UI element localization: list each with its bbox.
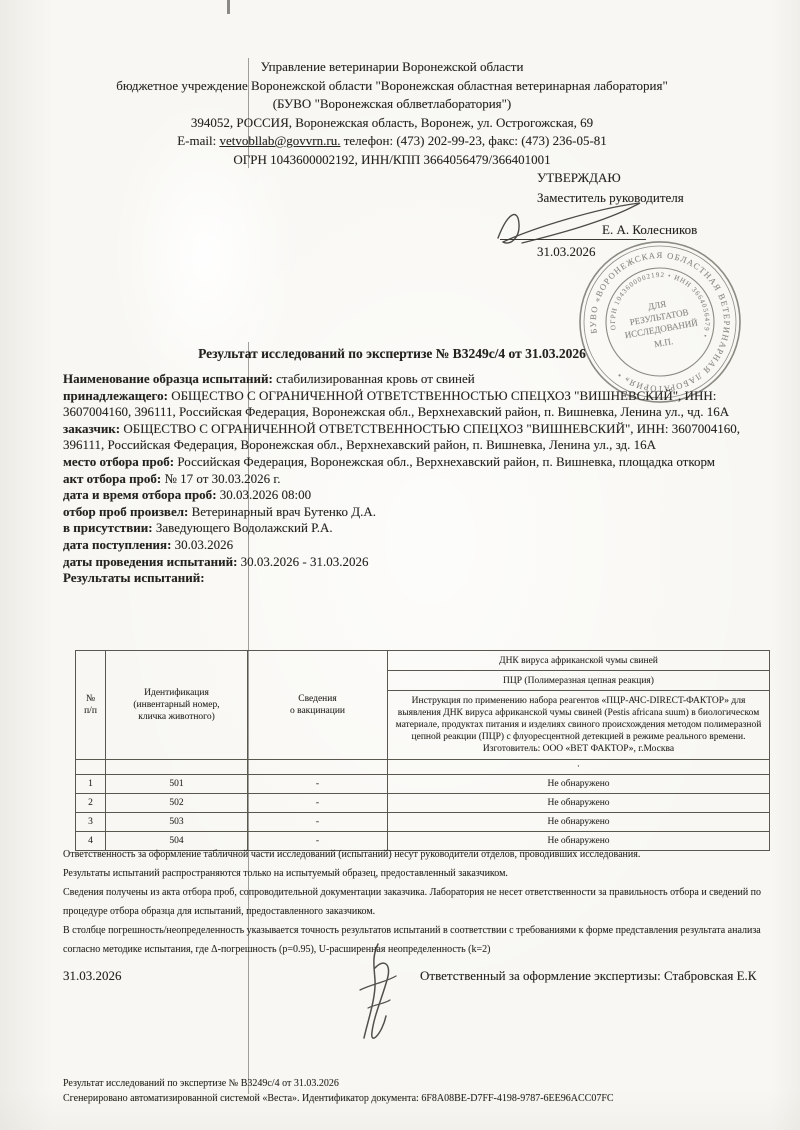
row-num: 1: [76, 775, 106, 794]
col-header-instruction: Инструкция по применению набора реагенто…: [388, 691, 770, 760]
detail-customer: заказчикОБЩЕСТВО С ОГРАНИЧЕННОЙ ОТВЕТСТВ…: [63, 421, 775, 454]
row-vaccination: -: [248, 775, 388, 794]
spacer-row: ·: [76, 760, 770, 775]
row-result: Не обнаружено: [388, 794, 770, 813]
footnote: Результаты испытаний распространяются то…: [63, 864, 798, 883]
scanned-report-page: Управление ветеринарии Воронежской облас…: [0, 0, 800, 1130]
org-ogrn-inn: ОГРН 1043600002192, ИНН/КПП 3664056479/3…: [40, 151, 744, 170]
row-id: 503: [106, 813, 248, 832]
table-row: 1 501 - Не обнаружено: [76, 775, 770, 794]
results-heading: Результаты испытаний: [63, 570, 775, 587]
row-result: Не обнаружено: [388, 775, 770, 794]
detail-owner: принадлежащегоОБЩЕСТВО С ОГРАНИЧЕННОЙ ОТ…: [63, 388, 775, 421]
approve-label: УТВЕРЖДАЮ: [537, 168, 797, 188]
org-address: 394052, РОССИЯ, Воронежская область, Вор…: [40, 114, 744, 133]
signoff-responsible: Ответственный за оформление экспертизы: …: [420, 968, 800, 984]
col-header-analyte: ДНК вируса африканской чумы свиней: [388, 651, 770, 671]
row-result: Не обнаружено: [388, 813, 770, 832]
sample-details: Наименование образца испытанийстабилизир…: [63, 371, 775, 587]
row-num: 3: [76, 813, 106, 832]
footer-expertise-ref: Результат исследований по экспертизе № В…: [63, 1076, 800, 1091]
footnote: В столбце погрешность/неопределенность у…: [63, 921, 798, 959]
detail-sample-name: Наименование образца испытанийстабилизир…: [63, 371, 775, 388]
row-id: 501: [106, 775, 248, 794]
col-header-method: ПЦР (Полимеразная цепная реакция): [388, 671, 770, 691]
detail-sampled-by: отбор проб произвелВетеринарный врач Бут…: [63, 504, 775, 521]
report-title: Результат исследований по экспертизе № В…: [40, 346, 744, 362]
org-name-line2: бюджетное учреждение Воронежской области…: [40, 77, 744, 96]
email-link: vetvobllab@govvrn.ru.: [219, 133, 340, 148]
col-header-identification: Идентификация (инвентарный номер, кличка…: [106, 651, 248, 760]
responsible-signature: [338, 938, 412, 1050]
table-row: 2 502 - Не обнаружено: [76, 794, 770, 813]
detail-sampling-place: место отбора пробРоссийская Федерация, В…: [63, 454, 775, 471]
phone-fax: телефон: (473) 202-99-23, факс: (473) 23…: [344, 133, 607, 148]
col-header-num: № п/п: [76, 651, 106, 760]
signoff-date: 31.03.2026: [63, 968, 122, 984]
org-header: Управление ветеринарии Воронежской облас…: [40, 58, 744, 169]
detail-sampling-act: акт отбора проб№ 17 от 30.03.2026 г.: [63, 471, 775, 488]
table-row: 3 503 - Не обнаружено: [76, 813, 770, 832]
org-name-line3: (БУВО "Воронежская облветлаборатория"): [40, 95, 744, 114]
col-header-vaccination: Сведения о вакцинации: [248, 651, 388, 760]
org-name-line1: Управление ветеринарии Воронежской облас…: [40, 58, 744, 77]
footnote: Сведения получены из акта отбора проб, с…: [63, 883, 798, 921]
footer-generated-by: Сгенерировано автоматизированной системо…: [63, 1091, 800, 1106]
row-id: 502: [106, 794, 248, 813]
stamp-center-line1: ДЛЯ: [647, 299, 667, 312]
detail-received-date: дата поступления30.03.2026: [63, 537, 775, 554]
footnote: Ответственность за оформление табличной …: [63, 845, 798, 864]
email-label: E-mail:: [177, 133, 216, 148]
row-num: 2: [76, 794, 106, 813]
detail-testing-dates: даты проведения испытаний30.03.2026 - 31…: [63, 554, 775, 571]
footnotes: Ответственность за оформление табличной …: [63, 845, 798, 959]
scan-mark: [227, 0, 230, 14]
results-table: № п/п Идентификация (инвентарный номер, …: [75, 650, 770, 851]
org-contacts: E-mail: vetvobllab@govvrn.ru. телефон: (…: [40, 132, 744, 151]
detail-sampling-datetime: дата и время отбора проб30.03.2026 08:00: [63, 487, 775, 504]
row-vaccination: -: [248, 813, 388, 832]
doc-footer: Результат исследований по экспертизе № В…: [63, 1076, 800, 1106]
spacer-dot: ·: [388, 760, 770, 775]
row-vaccination: -: [248, 794, 388, 813]
detail-witness: в присутствииЗаведующего Водолажский Р.А…: [63, 520, 775, 537]
